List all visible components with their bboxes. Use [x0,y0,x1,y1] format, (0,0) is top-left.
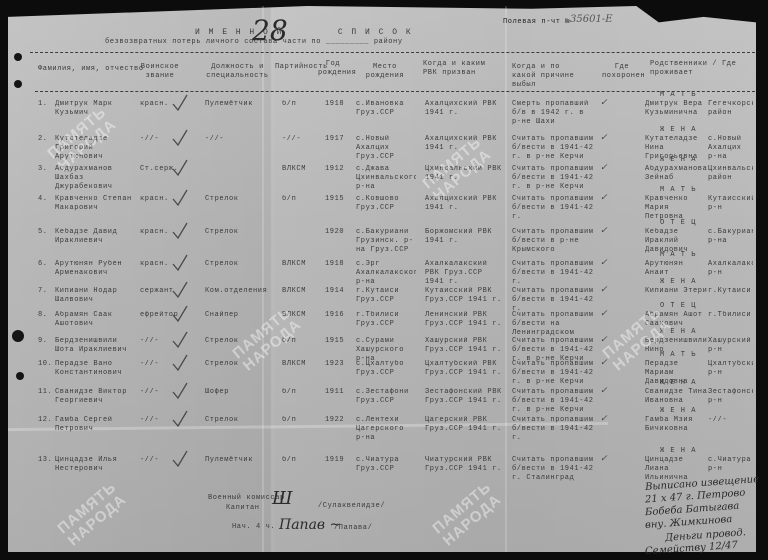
fold-line-vertical [505,6,507,552]
col-header-burial: Где похоронен [602,63,642,81]
cell-address: с.Бакуриани р-на [708,228,753,246]
cell-rvk: Ленинский РВК Груз.ССР 1941 г. [425,311,505,329]
col-header-rvk: Когда и каким РВК призван [423,60,503,78]
cell-address: г.Кутаиси [708,287,753,296]
cell-party: ВЛКСМ [282,287,312,296]
cell-year: 1919 [325,456,350,465]
ink-stain [16,372,24,380]
cell-relative: Абдурахманова Зейнаб [645,165,710,183]
document-title: И М Е Н Н О Й С П И С О К [195,28,413,37]
cell-year: 1912 [325,165,350,174]
handwritten-margin-mark: ✓ [600,226,608,236]
cell-n: 6. [38,260,50,269]
cell-address: -//- [708,416,753,425]
checkmark-icon [172,222,188,240]
cell-name: Бердзенишвили Шота Ираклиевич [55,337,140,355]
cell-rvk: Зестафонский РВК Груз.ССР 1941 г. [425,388,505,406]
relation-label: Ж Е Н А [660,156,696,165]
cell-n: 9. [38,337,50,346]
handwritten-margin-mark: ✓ [600,285,608,295]
clerk-label: Нач. 4 ч. [232,523,275,532]
cell-n: 13. [38,456,50,465]
fold-line-vertical [262,6,264,552]
cell-year: 1920 [325,228,350,237]
cell-post: Стрелок [205,260,270,269]
cell-year: 1923 [325,360,350,369]
cell-n: 8. [38,311,50,320]
clerk-name: /Папава/ [334,524,372,533]
cell-year: 1917 [325,135,350,144]
cell-n: 11. [38,388,50,397]
cell-address: Хашурский р-н [708,337,753,355]
cell-party: ВЛКСМ [282,165,312,174]
cell-reason: Считать пропавшим б/вести в 1941-42 г. С… [512,456,597,483]
cell-post: -//- [205,135,270,144]
cell-n: 1. [38,100,50,109]
relation-label: М А Т Ь [660,351,696,360]
checkmark-icon [172,382,188,400]
cell-post: Шофер [205,388,270,397]
commander-rank: Капитан [226,504,260,513]
relation-label: Ж Е Н А [660,447,696,456]
handwritten-margin-mark: ✓ [600,258,608,268]
header-rule [30,52,755,53]
cell-name: Кравченко Степан Макарович [55,195,140,213]
col-header-relatives: Родственники / Где проживает [650,60,750,78]
cell-party: б/п [282,388,312,397]
field-post-label: Полевая п-чт № [503,18,570,27]
checkmark-icon [172,305,188,323]
field-post-number: 35601-Е [570,14,613,25]
cell-birthplace: с.Лентехи Цагерского р-на Груз.ССР [356,416,416,443]
cell-rvk: Хашурский РВК Груз.ССР 1941 г. [425,337,505,355]
cell-reason: Считать пропавшим б/вести в 1941-42 г. [512,260,597,287]
checkmark-icon [172,281,188,299]
cell-n: 12. [38,416,50,425]
cell-reason: Считать пропавшим б/вести в 1941-42 г. в… [512,388,597,415]
relation-label: М А Т Ь [660,186,696,195]
document-scan: И М Е Н Н О Й С П И С О К 28 безвозвратн… [0,0,768,560]
cell-year: 1916 [325,311,350,320]
punch-hole [14,53,22,61]
cell-relative: Арутюнян Анаит [645,260,710,278]
checkmark-icon [172,129,188,147]
cell-rvk: Кутаисский РВК Груз.ССР 1941 г. [425,287,505,305]
cell-n: 3. [38,165,50,174]
cell-relative: Кравченко Мария Петровна [645,195,710,222]
cell-year: 1915 [325,337,350,346]
cell-reason: Считать пропавшим б/вести в 1941-42 г. в… [512,135,597,162]
handwritten-margin-mark: ✓ [600,454,608,464]
cell-post: Стрелок [205,416,270,425]
cell-address: Ахалкалакский р-н [708,260,753,278]
cell-birthplace: с.Эрг Ахалкалакского р-на Груз.ССР [356,260,416,287]
checkmark-icon [172,450,188,468]
cell-address: Кутаисский р-н [708,195,753,213]
cell-name: Арутюнян Рубен Арменакович [55,260,140,278]
cell-n: 7. [38,287,50,296]
col-header-rank: Воинское звание [135,63,185,81]
cell-birthplace: с.Ковшово Груз.ССР [356,195,416,213]
cell-year: 1911 [325,388,350,397]
cell-relative: Сванидзе Тина Ивановна [645,388,710,406]
cell-year: 1922 [325,416,350,425]
cell-address: с.Чиатура р-н [708,456,753,474]
cell-reason: Считать пропавшим б/вести в 1941-42 г. в… [512,165,597,192]
cell-address: г.Тбилиси [708,311,753,320]
cell-party: ВЛКСМ [282,260,312,269]
cell-reason: Смерть пропавший б/в в 1942 г. в р-не Ша… [512,100,597,127]
cell-year: 1914 [325,287,350,296]
cell-birthplace: с.Чиатура Груз.ССР [356,456,416,474]
cell-address: Цхинвальский район [708,165,753,183]
cell-post: Пулемётчик [205,456,270,465]
cell-name: Кипиани Нодар Шалвович [55,287,140,305]
cell-n: 2. [38,135,50,144]
col-header-reason: Когда и по какой причине выбыл [512,63,587,90]
cell-reason: Считать пропавшим б/вести в 1941-42 г. [512,416,597,443]
checkmark-icon [172,94,188,112]
cell-name: Гамба Сергей Петрович [55,416,140,434]
relation-label: О Т Е Ц [660,219,696,228]
checkmark-icon [172,354,188,372]
cell-post: Стрелок [205,228,270,237]
cell-address: Гегечкорский район [708,100,753,118]
col-header-post: Должность и специальность [200,63,275,81]
cell-reason: Считать пропавшим б/вести в 1941-42 г. [512,287,597,314]
cell-name: Перадзе Вано Константинович [55,360,140,378]
checkmark-icon [172,410,188,428]
cell-reason: Считать пропавшим б/вести в 1941-42 г. в… [512,360,597,387]
cell-birthplace: с.Ивановка Груз.ССР [356,100,416,118]
commander-signature: Ш [272,488,293,509]
commander-name: /Сулаквелидзе/ [318,502,385,511]
checkmark-icon [172,254,188,272]
cell-birthplace: с.Бакуриани Грузинск. р-на Груз.ССР [356,228,416,255]
relation-label: Ж Е Н А [660,126,696,135]
cell-n: 5. [38,228,50,237]
document-subtitle: безвозвратных потерь личного состава час… [105,38,403,47]
relation-label: Ж Е Н А [660,379,696,388]
cell-name: Кебадзе Давид Ираклиевич [55,228,140,246]
cell-relative: Гамба Мзия Бичиковна [645,416,710,434]
cell-post: Ком.отделения [205,287,270,296]
cell-address: Цхалтубский р-н [708,360,753,378]
relation-label: М А Т Ь [660,251,696,260]
cell-birthplace: г.Тбилиси Груз.ССР [356,311,416,329]
cell-birthplace: с.Джава Цхинвальского р-на Груз.ССР [356,165,416,192]
cell-party: б/п [282,416,312,425]
cell-party: б/п [282,100,312,109]
col-header-birthplace: Место рождения [360,63,410,81]
checkmark-icon [172,189,188,207]
header-bottom-rule [35,91,755,92]
cell-rvk: Цхалтубский РВК Груз.ССР 1941 г. [425,360,505,378]
checkmark-icon [172,159,188,177]
relation-label: М А Т Ь [660,91,696,100]
col-header-name: Фамилия, имя, отчество [38,65,144,74]
handwritten-margin-mark: ✓ [600,358,608,368]
cell-name: Сванидзе Виктор Георгиевич [55,388,140,406]
punch-hole [14,80,22,88]
handwritten-margin-mark: ✓ [600,309,608,319]
handwritten-margin-mark: ✓ [600,193,608,203]
cell-reason: Считать пропавшим б/вести в р-не Крымско… [512,228,597,255]
cell-n: 10. [38,360,50,369]
cell-n: 4. [38,195,50,204]
ink-stain [12,330,24,342]
handwritten-margin-mark: ✓ [600,163,608,173]
cell-rvk: Ахалкалакский РВК Груз.ССР 1941 г. [425,260,505,287]
cell-birthplace: с.Цхалтубо Груз.ССР [356,360,416,378]
cell-relative: Кипиани Этери [645,287,710,296]
cell-name: Цинцадзе Илья Нестерович [55,456,140,474]
cell-relative: Дмитрук Вера Кузьминична [645,100,710,118]
clerk-signature: Папав ~ [279,517,341,533]
cell-post: Снайпер [205,311,270,320]
cell-year: 1918 [325,100,350,109]
relation-label: Ж Е Н А [660,407,696,416]
relation-label: Ж Е Н А [660,278,696,287]
cell-reason: Считать пропавшим б/вести в 1941-42 г. [512,195,597,222]
cell-rvk: Чиатурский РВК Груз.ССР 1941 г. [425,456,505,474]
cell-party: -//- [282,135,312,144]
cell-address: Зестафонский р-н [708,388,753,406]
cell-party: б/п [282,195,312,204]
col-header-year: Год рождения [318,60,348,78]
cell-rvk: Боржомский РВК 1941 г. [425,228,505,246]
relation-label: О Т Е Ц [660,302,696,311]
cell-address: с.Новый Ахалцих р-на [708,135,753,162]
cell-birthplace: с.Новый Ахалцих Груз.ССР [356,135,416,162]
handwritten-margin-mark: ✓ [600,414,608,424]
handwritten-margin-mark: ✓ [600,386,608,396]
cell-birthplace: с.Зестафони Груз.ССР [356,388,416,406]
cell-party: б/п [282,456,312,465]
cell-year: 1915 [325,195,350,204]
checkmark-icon [172,331,188,349]
handwritten-margin-mark: ✓ [600,133,608,143]
cell-rvk: Цагерский РВК Груз.ССР 1941 г. [425,416,505,434]
cell-name: Абрамян Саак Ашотович [55,311,140,329]
cell-birthplace: г.Кутаиси Груз.ССР [356,287,416,305]
cell-post: Пулемётчик [205,100,270,109]
cell-rvk: Ахалцихский РВК 1941 г. [425,100,505,118]
cell-post: Стрелок [205,195,270,204]
cell-reason: Считать пропавшим б/вести на Ленинградск… [512,311,597,338]
cell-year: 1918 [325,260,350,269]
cell-party: ВЛКСМ [282,360,312,369]
handwritten-margin-mark: ✓ [600,98,608,108]
